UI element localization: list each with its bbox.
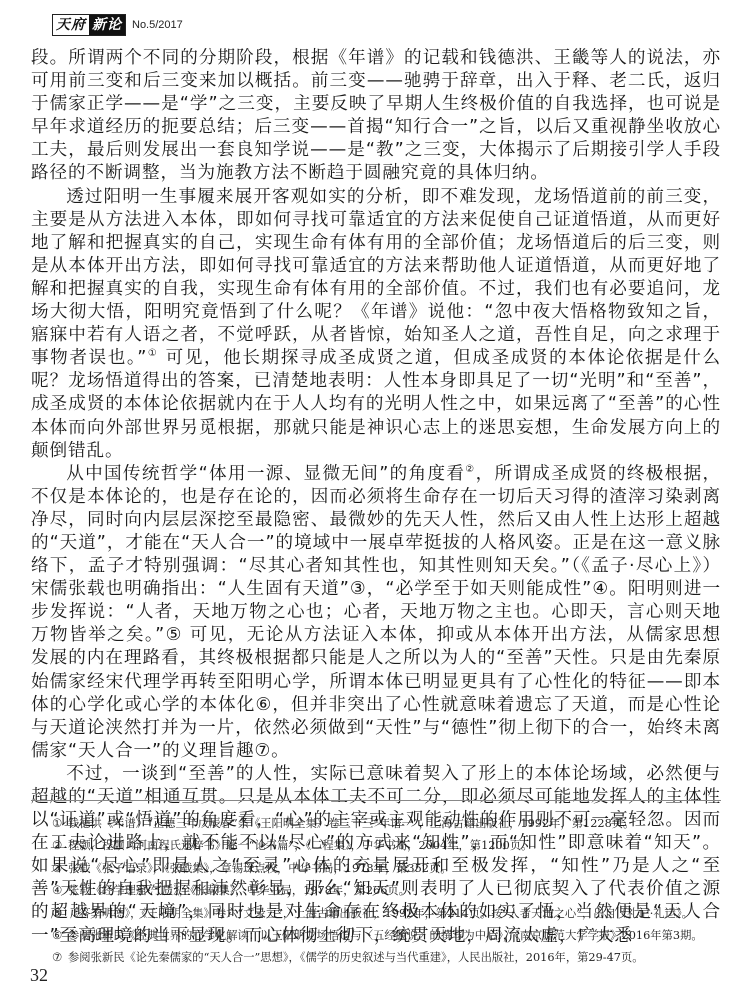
footnote-text: 参阅张新民《经典世界的心学化解读：以王阳明龙场悟道与〈五经臆说〉的撰写为中心》，… [68, 929, 703, 942]
footnote-text: 钱德洪《年谱》“正德三年戊辰春”条《王阳明全集》卷三十三“年谱一”，上海古籍出版… [68, 817, 634, 830]
footnote-text: 《答季明德》，《王阳明全集》卷六“文录三”，上海古籍出版社，1992年，第214… [68, 907, 693, 920]
journal-logo: 天府 新论 [52, 14, 126, 36]
footnote-number: ⑦ [52, 947, 68, 969]
logo-left-text: 天府 [53, 15, 89, 35]
footnote-item: ②程颢，程颐《河南程氏遗粹书》卷一“论书篇”，《二程集》，中华书局，2004年，… [52, 835, 717, 857]
footnote-text: 张载《张子语录》，《张载集》，章锡琛点校，中华书局，1978年，第352页。 [68, 862, 452, 875]
footnote-text: 参阅张新民《论先秦儒家的“天人合一”思想》，《儒学的历史叙述与当代重建》，人民出… [68, 951, 644, 964]
footnote-item: ⑥参阅张新民《经典世界的心学化解读：以王阳明龙场悟道与〈五经臆说〉的撰写为中心》… [52, 925, 717, 947]
logo-right-text: 新论 [89, 15, 125, 35]
footnote-number: ④ [52, 880, 68, 902]
paragraph: 段。所谓两个不同的分期阶段，根据《年谱》的记载和钱德洪、王畿等人的说法，亦可用前… [31, 47, 721, 186]
footnote-number: ① [52, 813, 68, 835]
paragraph-text: 透过阳明一生事履来展开客观如实的分析，即不难发现，龙场悟道前的前三变，主要是从方… [31, 187, 721, 369]
footnote-text: 张载《经学理窟·气质》，《张载集》，中华书局，1978年，第266页。 [68, 884, 410, 897]
footnote-divider [31, 800, 721, 801]
footnote-item: ①钱德洪《年谱》“正德三年戊辰春”条《王阳明全集》卷三十三“年谱一”，上海古籍出… [52, 813, 717, 835]
footnotes: ①钱德洪《年谱》“正德三年戊辰春”条《王阳明全集》卷三十三“年谱一”，上海古籍出… [52, 813, 717, 970]
footnote-item: ③张载《张子语录》，《张载集》，章锡琛点校，中华书局，1978年，第352页。 [52, 858, 717, 880]
page-number: 32 [30, 965, 48, 986]
footnote-text: 程颢，程颐《河南程氏遗粹书》卷一“论书篇”，《二程集》，中华书局，2004年，第… [68, 839, 532, 852]
footnote-ref[interactable]: ① [147, 348, 158, 359]
paragraph-text: ，所谓成圣成贤的终极根据，不仅是本体论的，也是存在论的，因而必须将生命存在一切后… [31, 464, 721, 761]
footnote-item: ⑤《答季明德》，《王阳明全集》卷六“文录三”，上海古籍出版社，1992年，第21… [52, 903, 717, 925]
footnote-number: ② [52, 835, 68, 857]
footnote-number: ③ [52, 858, 68, 880]
issue-number: No.5/2017 [132, 19, 183, 31]
paragraph: 从中国传统哲学“体用一源、显微无间”的角度看②，所谓成圣成贤的终极根据，不仅是本… [31, 463, 721, 763]
paragraph: 透过阳明一生事履来展开客观如实的分析，即不难发现，龙场悟道前的前三变，主要是从方… [31, 186, 721, 463]
footnote-ref[interactable]: ② [465, 464, 475, 475]
footnote-number: ⑤ [52, 903, 68, 925]
paragraph-text: 从中国传统哲学“体用一源、显微无间”的角度看 [66, 464, 465, 484]
journal-header: 天府 新论 No.5/2017 [52, 14, 183, 36]
paragraph-text: 段。所谓两个不同的分期阶段，根据《年谱》的记载和钱德洪、王畿等人的说法，亦可用前… [31, 48, 721, 183]
footnote-item: ⑦参阅张新民《论先秦儒家的“天人合一”思想》，《儒学的历史叙述与当代重建》，人民… [52, 947, 717, 969]
footnote-number: ⑥ [52, 925, 68, 947]
footnote-item: ④张载《经学理窟·气质》，《张载集》，中华书局，1978年，第266页。 [52, 880, 717, 902]
